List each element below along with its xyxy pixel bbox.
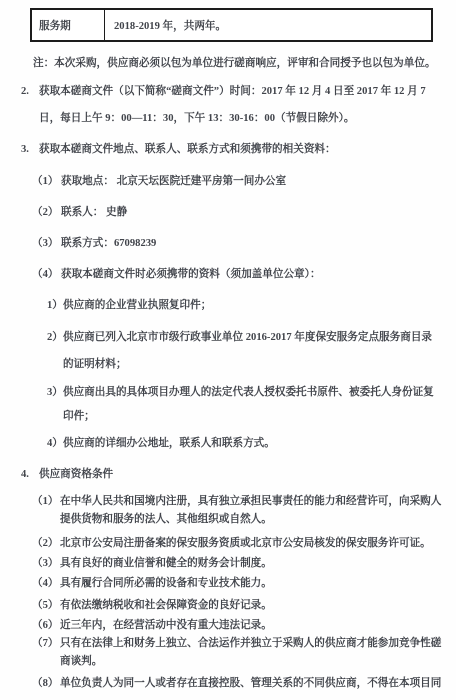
text-line: 获取本磋商文件（以下简称“磋商文件”）时间：2017 年 12 月 4 日至 2… xyxy=(39,78,426,105)
text-line: 具有良好的商业信誉和健全的财务会计制度。 xyxy=(60,555,272,573)
clause-2-number: 2. xyxy=(21,78,39,132)
qual-item-text: 单位负责人为同一人或者存在直接控股、管理关系的不同供应商，不得在本项目同 xyxy=(60,675,441,693)
text-line: 供应商出具的具体项目办理人的法定代表人授权委托书原件、被委托人身份证复 xyxy=(63,381,434,405)
text-line: 印件； xyxy=(63,405,434,429)
qual-item-number: （3） xyxy=(32,555,60,573)
spec-table-value: 2018-2019 年，共两年。 xyxy=(105,10,431,40)
text-line: 有依法缴纳税收和社会保障资金的良好记录。 xyxy=(60,597,272,615)
text-line: 只有在法律上和财务上独立、合法运作并独立于采购人的供应商才能参加竞争性磋 xyxy=(60,635,441,653)
doc-list-item-2: 2） 供应商已列入北京市市级行政事业单位 2016-2017 年度保安服务定点服… xyxy=(47,324,456,378)
sub-item-materials: （4） 获取本磋商文件时必须携带的资料（须加盖单位公章）： xyxy=(32,266,456,283)
text-line: 的证明材料； xyxy=(63,351,432,378)
qualification-item-1: （1） 在中华人民共和国境内注册，具有独立承担民事责任的能力和经营许可，向采购人… xyxy=(32,493,456,529)
qual-item-number: （2） xyxy=(32,535,60,553)
text-line: 单位负责人为同一人或者存在直接控股、管理关系的不同供应商，不得在本项目同 xyxy=(60,675,441,693)
clause-4-title: 供应商资格条件 xyxy=(39,466,113,483)
qual-item-number: （4） xyxy=(32,575,60,593)
sub-item-text: 联系人： 史静 xyxy=(61,204,127,221)
clause-2: 2. 获取本磋商文件（以下简称“磋商文件”）时间：2017 年 12 月 4 日… xyxy=(21,78,456,132)
text-line: 商谈判。 xyxy=(60,653,441,671)
qual-item-number: （1） xyxy=(32,493,60,529)
doc-list-item-4: 4） 供应商的详细办公地址，联系人和联系方式。 xyxy=(47,435,456,452)
sub-item-text: 获取本磋商文件时必须携带的资料（须加盖单位公章）： xyxy=(61,266,321,283)
clause-3: 3. 获取本磋商文件地点、联系人、联系方式和须携带的相关资料： xyxy=(21,141,456,158)
clause-3-number: 3. xyxy=(21,141,39,158)
sub-item-number: （3） xyxy=(32,235,61,252)
doc-item-text: 供应商的详细办公地址，联系人和联系方式。 xyxy=(63,435,275,452)
doc-item-number: 4） xyxy=(47,435,63,452)
qual-item-text: 在中华人民共和国境内注册，具有独立承担民事责任的能力和经营许可，向采购人提供货物… xyxy=(60,493,441,529)
doc-item-number: 2） xyxy=(47,324,63,378)
sub-item-number: （2） xyxy=(32,204,61,221)
qual-item-text: 北京市公安局注册备案的保安服务资质或北京市公安局核发的保安服务许可证。 xyxy=(60,535,431,553)
qual-item-number: （5） xyxy=(32,597,60,615)
text-line: 日，每日上午 9：00—11：30，下午 13：30-16：00（节假日除外）。 xyxy=(39,105,426,132)
sub-item-number: （4） xyxy=(32,266,61,283)
doc-list-item-1: 1） 供应商的企业营业执照复印件； xyxy=(47,297,456,314)
doc-list-item-3: 3） 供应商出具的具体项目办理人的法定代表人授权委托书原件、被委托人身份证复印件… xyxy=(47,381,456,429)
clause-3-title: 获取本磋商文件地点、联系人、联系方式和须携带的相关资料： xyxy=(39,141,336,158)
text-line: 供应商的详细办公地址，联系人和联系方式。 xyxy=(63,435,275,452)
sub-item-location: （1） 获取地点： 北京天坛医院迁建平房第一间办公室 xyxy=(32,173,456,190)
doc-item-number: 1） xyxy=(47,297,63,314)
doc-item-text: 供应商已列入北京市市级行政事业单位 2016-2017 年度保安服务定点服务商目… xyxy=(63,324,432,378)
text-line: 具有履行合同所必需的设备和专业技术能力。 xyxy=(60,575,272,593)
qual-item-text: 近三年内，在经营活动中没有重大违法记录。 xyxy=(60,617,272,635)
qualification-item-2: （2） 北京市公安局注册备案的保安服务资质或北京市公安局核发的保安服务许可证。 xyxy=(32,535,456,553)
doc-item-text: 供应商出具的具体项目办理人的法定代表人授权委托书原件、被委托人身份证复印件； xyxy=(63,381,434,429)
text-line: 提供货物和服务的法人、其他组织或自然人。 xyxy=(60,511,441,529)
clause-4: 4. 供应商资格条件 xyxy=(21,466,456,483)
clause-4-number: 4. xyxy=(21,466,39,483)
sub-item-number: （1） xyxy=(32,173,61,190)
qual-item-number: （8） xyxy=(32,675,60,693)
clause-2-text: 获取本磋商文件（以下简称“磋商文件”）时间：2017 年 12 月 4 日至 2… xyxy=(39,78,426,132)
text-line: 供应商的企业营业执照复印件； xyxy=(63,297,211,314)
sub-item-text: 联系方式：67098239 xyxy=(61,235,156,252)
qualification-item-3: （3） 具有良好的商业信誉和健全的财务会计制度。 xyxy=(32,555,456,573)
text-line: 近三年内，在经营活动中没有重大违法记录。 xyxy=(60,617,272,635)
qual-item-text: 有依法缴纳税收和社会保障资金的良好记录。 xyxy=(60,597,272,615)
qual-item-text: 具有履行合同所必需的设备和专业技术能力。 xyxy=(60,575,272,593)
spec-table-label: 服务期 xyxy=(32,10,105,40)
qualification-item-5: （5） 有依法缴纳税收和社会保障资金的良好记录。 xyxy=(32,597,456,615)
qualification-item-7: （7） 只有在法律上和财务上独立、合法运作并独立于采购人的供应商才能参加竞争性磋… xyxy=(32,635,456,671)
qual-item-text: 具有良好的商业信誉和健全的财务会计制度。 xyxy=(60,555,272,573)
qual-item-number: （6） xyxy=(32,617,60,635)
qualification-item-8: （8） 单位负责人为同一人或者存在直接控股、管理关系的不同供应商，不得在本项目同 xyxy=(32,675,456,693)
sub-item-contact: （2） 联系人： 史静 xyxy=(32,204,456,221)
sub-item-text: 获取地点： 北京天坛医院迁建平房第一间办公室 xyxy=(61,173,286,190)
qual-item-text: 只有在法律上和财务上独立、合法运作并独立于采购人的供应商才能参加竞争性磋商谈判。 xyxy=(60,635,441,671)
doc-item-number: 3） xyxy=(47,381,63,429)
document-page: 服务期 2018-2019 年，共两年。 注：本次采购，供应商必须以包为单位进行… xyxy=(0,8,456,700)
qual-item-number: （7） xyxy=(32,635,60,671)
qualification-item-6: （6） 近三年内，在经营活动中没有重大违法记录。 xyxy=(32,617,456,635)
sub-item-phone: （3） 联系方式：67098239 xyxy=(32,235,456,252)
text-line: 在中华人民共和国境内注册，具有独立承担民事责任的能力和经营许可，向采购人 xyxy=(60,493,441,511)
text-line: 供应商已列入北京市市级行政事业单位 2016-2017 年度保安服务定点服务商目… xyxy=(63,324,432,351)
qualification-item-4: （4） 具有履行合同所必需的设备和专业技术能力。 xyxy=(32,575,456,593)
text-line: 北京市公安局注册备案的保安服务资质或北京市公安局核发的保安服务许可证。 xyxy=(60,535,431,553)
doc-item-text: 供应商的企业营业执照复印件； xyxy=(63,297,211,314)
note-line: 注：本次采购，供应商必须以包为单位进行磋商响应，评审和合同授予也以包为单位。 xyxy=(33,55,456,72)
spec-table: 服务期 2018-2019 年，共两年。 xyxy=(30,8,433,42)
